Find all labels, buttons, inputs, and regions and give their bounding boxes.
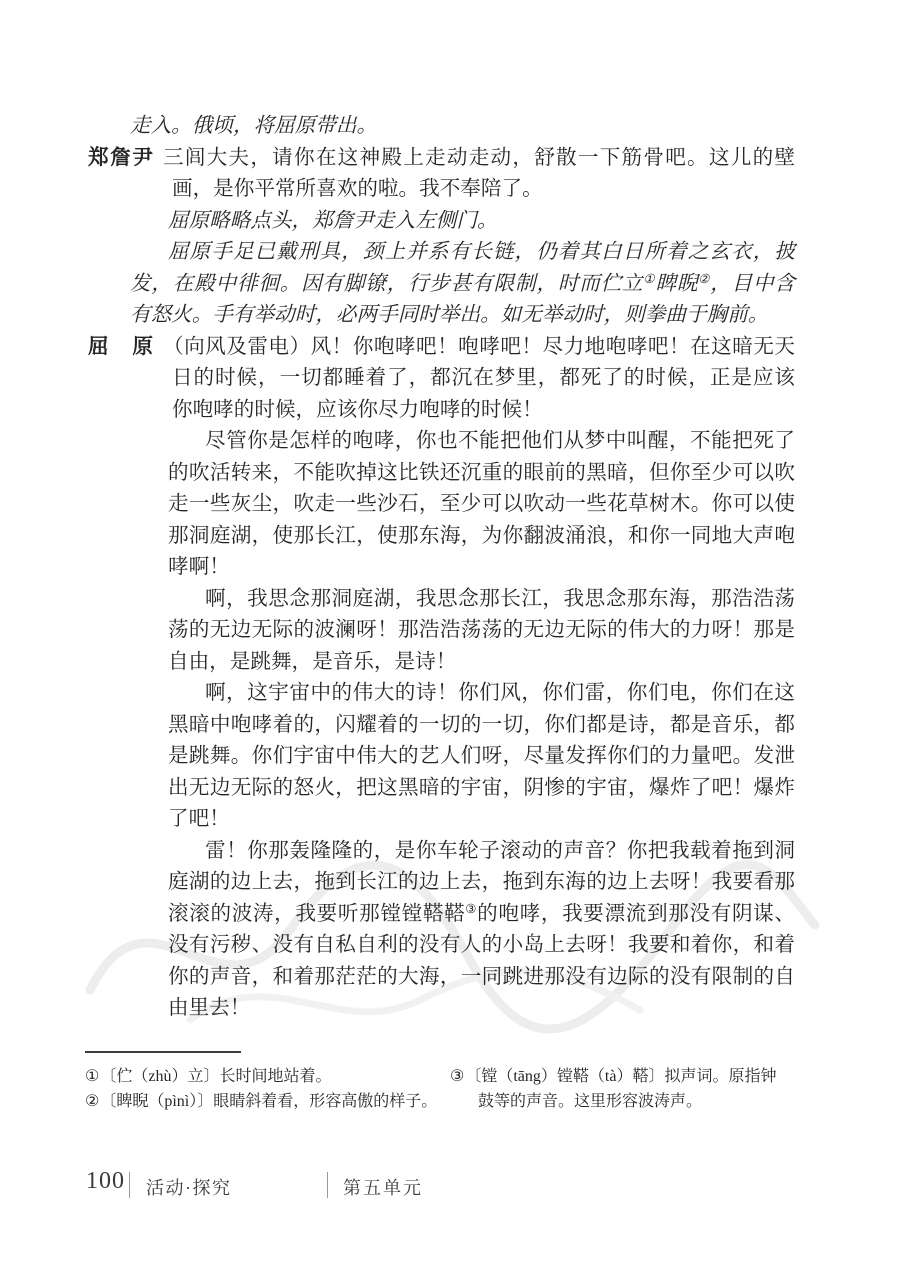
script-line: 走一些灰尘，吹走一些沙石，至少可以吹动一些花草树木。你可以使 [168, 489, 795, 521]
script-line: 的吹活转来，不能吹掉这比铁还沉重的眼前的黑暗，但你至少可以吹 [168, 458, 795, 490]
script-line: 那洞庭湖，使那长江，使那东海，为你翻波涌浪，和你一同地大声咆 [168, 521, 795, 553]
footnote-marker: ③ [450, 1068, 464, 1085]
stage-direction-line: 发，在殿中徘徊。因有脚镣，行步甚有限制，时而伫立①睥睨②，目中含 [130, 269, 795, 301]
textbook-page: 100 活动·探究 第五单元 走入。俄顷，将屈原带出。郑詹尹三闾大夫，请你在这神… [0, 0, 904, 1264]
stage-direction-line: 屈原略略点头，郑詹尹走入左侧门。 [168, 206, 795, 238]
script-line: 哮啊！ [168, 552, 795, 584]
footer-divider-2 [327, 1172, 328, 1198]
footnote-line: ③〔镗（tāng）镗鞳（tà）鞳〕拟声词。原指钟 [450, 1064, 776, 1089]
footnote-divider [85, 1051, 241, 1053]
footnote-text: 〔伫（zhù）立〕长时间地站着。 [100, 1068, 331, 1085]
script-line: 是跳舞。你们宇宙中伟大的艺人们呀，尽量发挥你们的力量吧。发泄 [168, 741, 795, 773]
script-line: 画，是你平常所喜欢的啦。我不奉陪了。 [172, 174, 795, 206]
footnote-line: ①〔伫（zhù）立〕长时间地站着。 [85, 1064, 331, 1089]
script-line: 日的时候，一切都睡着了，都沉在梦里，都死了的时候，正是应该 [172, 363, 795, 395]
script-line: 荡的无边无际的波澜呀！那浩浩荡荡的无边无际的伟大的力呀！那是 [168, 615, 795, 647]
footnote-text: 〔镗（tāng）镗鞳（tà）鞳〕拟声词。原指钟 [465, 1068, 776, 1085]
speech-text: 三闾大夫，请你在这神殿上走动走动，舒散一下筋骨吧。这儿的壁 [163, 143, 795, 175]
footnote-ref: ② [698, 272, 710, 286]
script-line: 黑暗中咆哮着的，闪耀着的一切的一切，你们都是诗，都是音乐，都 [168, 710, 795, 742]
script-line: 了吧！ [168, 804, 795, 836]
script-line: 啊，这宇宙中的伟大的诗！你们风，你们雷，你们电，你们在这 [205, 678, 795, 710]
script-line: 你的声音，和着那茫茫的大海，一同跳进那没有边际的没有限制的自 [168, 962, 795, 994]
footer-divider-1 [129, 1172, 130, 1198]
script-line: 尽管你是怎样的咆哮，你也不能把他们从梦中叫醒，不能把死了 [205, 426, 795, 458]
script-line: 你咆哮的时候，应该你尽力咆哮的时候！ [172, 395, 795, 427]
script-line: 滚滚的波涛，我要听那镗镗鞳鞳③的咆哮，我要漂流到那没有阴谋、 [168, 899, 795, 931]
script-line: 屈原（向风及雷电）风！你咆哮吧！咆哮吧！尽力地咆哮吧！在这暗无天 [0, 332, 904, 364]
script-line: 由里去！ [168, 993, 795, 1025]
stage-direction-line: 屈原手足已戴刑具，颈上并系有长链，仍着其白日所着之玄衣，披 [168, 237, 795, 269]
script-line: 啊，我思念那洞庭湖，我思念那长江，我思念那东海，那浩浩荡 [205, 584, 795, 616]
footnote-marker: ② [85, 1093, 99, 1110]
script-line: 郑詹尹三闾大夫，请你在这神殿上走动走动，舒散一下筋骨吧。这儿的壁 [0, 143, 904, 175]
footnote-marker: ① [85, 1068, 99, 1085]
page-number: 100 [86, 1168, 125, 1195]
speaker-name: 郑詹尹 [88, 143, 153, 175]
stage-direction-line: 有怒火。手有举动时，必两手同时举出。如无举动时，则拳曲于胸前。 [130, 300, 795, 332]
script-line: 出无边无际的怒火，把这黑暗的宇宙，阴惨的宇宙，爆炸了吧！爆炸 [168, 773, 795, 805]
footnote-ref: ③ [465, 902, 477, 916]
script-line: 雷！你那轰隆隆的，是你车轮子滚动的声音？你把我载着拖到洞 [205, 836, 795, 868]
footnote-line: ②〔睥睨（pìnì）〕眼睛斜着看，形容高傲的样子。 [85, 1089, 437, 1114]
script-line: 没有污秽、没有自私自利的没有人的小岛上去呀！我要和着你，和着 [168, 930, 795, 962]
footnote-ref: ① [643, 272, 655, 286]
stage-direction-line: 走入。俄顷，将屈原带出。 [130, 111, 795, 143]
footer-section-label: 活动·探究 [146, 1174, 232, 1200]
script-line: 自由，是跳舞，是音乐，是诗！ [168, 647, 795, 679]
footer-unit-label: 第五单元 [343, 1174, 423, 1200]
speaker-name: 屈原 [88, 332, 153, 364]
footnote-text: 〔睥睨（pìnì）〕眼睛斜着看，形容高傲的样子。 [100, 1093, 437, 1110]
speech-text: （向风及雷电）风！你咆哮吧！咆哮吧！尽力地咆哮吧！在这暗无天 [163, 332, 795, 364]
script-line: 庭湖的边上去，拖到长江的边上去，拖到东海的边上去呀！我要看那 [168, 867, 795, 899]
footnote-line: 鼓等的声音。这里形容波涛声。 [478, 1089, 702, 1114]
